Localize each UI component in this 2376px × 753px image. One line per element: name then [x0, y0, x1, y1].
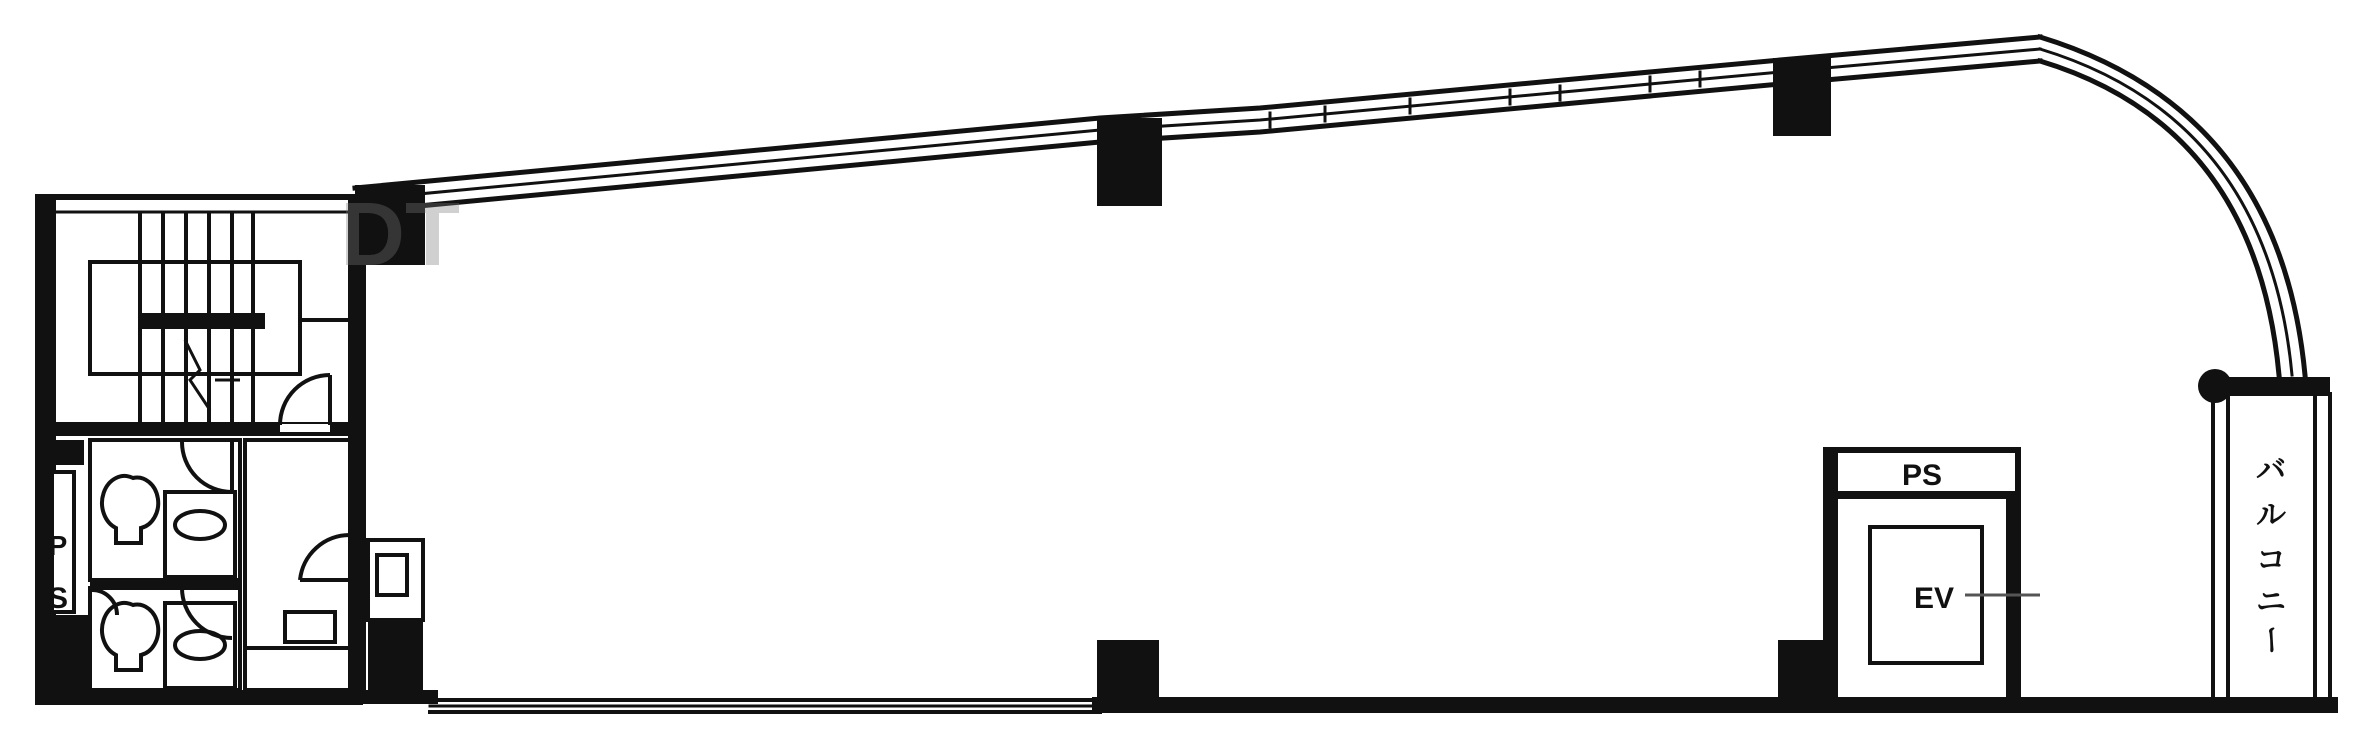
column-top-mid: [1097, 118, 1162, 206]
svg-text:バ: バ: [2256, 453, 2286, 488]
svg-text:ル: ル: [2256, 498, 2286, 533]
cabinet: [368, 540, 423, 702]
watermark: DT: [340, 185, 460, 285]
column-bottom-mid: [1097, 640, 1159, 712]
columns: [355, 58, 2330, 712]
stairs: [90, 212, 348, 422]
stair-door: [280, 375, 330, 425]
ps-left-label-p: P: [49, 530, 68, 561]
kitchenette: [245, 440, 350, 690]
bottom-wall: [430, 700, 2330, 712]
curved-wall: [2040, 37, 2305, 375]
office-area: [355, 37, 2330, 712]
balcony-label: バ ル コ ニ ー: [2253, 453, 2288, 655]
toilet-2: [90, 588, 240, 690]
balcony-top-bar: [2210, 377, 2330, 394]
ps-label: PS: [1902, 459, 1942, 492]
elevator-label: EV: [1914, 582, 1954, 615]
floor-plan: P S PS EV バ ル コ ニ ー DT: [0, 0, 2376, 753]
svg-text:コ: コ: [2256, 543, 2286, 578]
svg-text:ニ: ニ: [2256, 585, 2286, 620]
svg-text:ー: ー: [2253, 625, 2288, 655]
ps-left-label-s: S: [48, 582, 68, 615]
column-top-right: [1773, 58, 1831, 136]
